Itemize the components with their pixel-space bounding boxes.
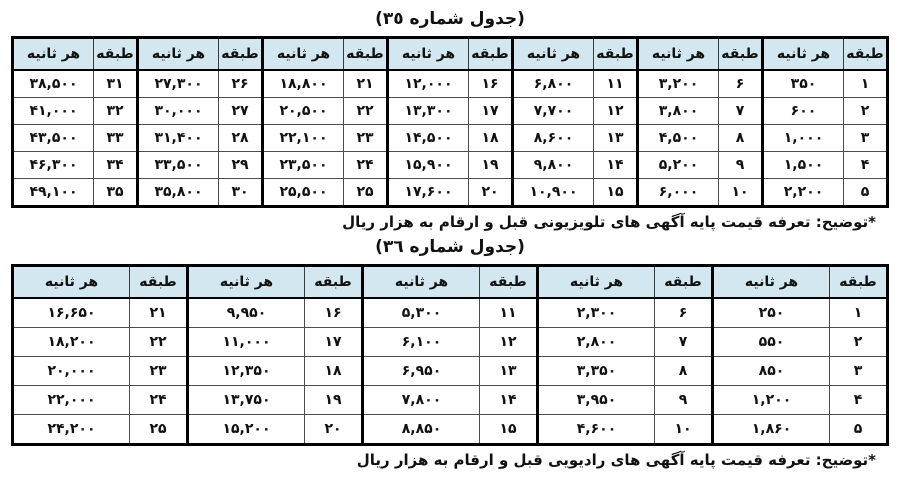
price-per-second-cell: ۴۳,۵۰۰ bbox=[13, 125, 94, 152]
class-cell: ۸ bbox=[719, 125, 763, 152]
class-cell: ۲۶ bbox=[219, 70, 263, 98]
class-cell: ۱۶ bbox=[469, 70, 513, 98]
price-per-second-cell: ۷,۷۰۰ bbox=[513, 98, 594, 125]
tv-tariff-table-35: طبقههر ثانیهطبقههر ثانیهطبقههر ثانیهطبقه… bbox=[11, 36, 889, 208]
price-per-second-cell: ۲۲,۱۰۰ bbox=[263, 125, 344, 152]
price-per-second-cell: ۸,۶۰۰ bbox=[513, 125, 594, 152]
price-per-second-cell: ۳۳,۵۰۰ bbox=[138, 152, 219, 179]
price-per-second-cell: ۱۳,۳۰۰ bbox=[388, 98, 469, 125]
price-per-second-cell: ۲۰,۰۰۰ bbox=[13, 357, 130, 386]
price-per-second-cell: ۲۳,۵۰۰ bbox=[263, 152, 344, 179]
price-per-second-cell: ۸۵۰ bbox=[713, 357, 830, 386]
price-per-second-cell: ۳۰,۰۰۰ bbox=[138, 98, 219, 125]
header-row: طبقههر ثانیهطبقههر ثانیهطبقههر ثانیهطبقه… bbox=[13, 266, 888, 299]
price-per-second-cell: ۱۳,۷۵۰ bbox=[188, 386, 305, 415]
table-36-footnote: *توضیح: تعرفه قیمت پایه آگهی های رادیویی… bbox=[0, 446, 900, 473]
class-cell: ۲۳ bbox=[130, 357, 188, 386]
per-second-column-header: هر ثانیه bbox=[638, 38, 719, 71]
class-cell: ۲۵ bbox=[130, 415, 188, 445]
price-per-second-cell: ۱۵,۹۰۰ bbox=[388, 152, 469, 179]
price-per-second-cell: ۱,۲۰۰ bbox=[713, 386, 830, 415]
price-per-second-cell: ۲,۸۰۰ bbox=[538, 328, 655, 357]
class-cell: ۱۷ bbox=[305, 328, 363, 357]
class-cell: ۱۳ bbox=[594, 125, 638, 152]
per-second-column-header: هر ثانیه bbox=[138, 38, 219, 71]
price-per-second-cell: ۳,۸۰۰ bbox=[638, 98, 719, 125]
price-per-second-cell: ۴۹,۱۰۰ bbox=[13, 179, 94, 207]
table-row: ۵۲,۲۰۰۱۰۶,۰۰۰۱۵۱۰,۹۰۰۲۰۱۷,۶۰۰۲۵۲۵,۵۰۰۳۰۳… bbox=[13, 179, 888, 207]
price-per-second-cell: ۲۵,۵۰۰ bbox=[263, 179, 344, 207]
table-row: ۱۳۵۰۶۳,۲۰۰۱۱۶,۸۰۰۱۶۱۲,۰۰۰۲۱۱۸,۸۰۰۲۶۲۷,۳۰… bbox=[13, 70, 888, 98]
class-column-header: طبقه bbox=[469, 38, 513, 71]
class-cell: ۲۹ bbox=[219, 152, 263, 179]
class-column-header: طبقه bbox=[130, 266, 188, 299]
document-page: (جدول شماره ٣٥) طبقههر ثانیهطبقههر ثانیه… bbox=[0, 0, 900, 473]
class-column-header: طبقه bbox=[305, 266, 363, 299]
per-second-column-header: هر ثانیه bbox=[538, 266, 655, 299]
per-second-column-header: هر ثانیه bbox=[263, 38, 344, 71]
class-cell: ۱۹ bbox=[305, 386, 363, 415]
price-per-second-cell: ۹,۹۵۰ bbox=[188, 298, 305, 328]
price-per-second-cell: ۳۵۰ bbox=[763, 70, 844, 98]
class-cell: ۲۱ bbox=[130, 298, 188, 328]
class-cell: ۲ bbox=[844, 98, 888, 125]
class-cell: ۳۴ bbox=[94, 152, 138, 179]
class-cell: ۲۲ bbox=[130, 328, 188, 357]
class-cell: ۲۷ bbox=[219, 98, 263, 125]
price-per-second-cell: ۶,۸۰۰ bbox=[513, 70, 594, 98]
class-cell: ۱ bbox=[830, 298, 888, 328]
class-cell: ۷ bbox=[655, 328, 713, 357]
class-cell: ۴ bbox=[844, 152, 888, 179]
price-per-second-cell: ۱۰,۹۰۰ bbox=[513, 179, 594, 207]
per-second-column-header: هر ثانیه bbox=[713, 266, 830, 299]
per-second-column-header: هر ثانیه bbox=[13, 38, 94, 71]
price-per-second-cell: ۵۵۰ bbox=[713, 328, 830, 357]
price-per-second-cell: ۲,۳۰۰ bbox=[538, 298, 655, 328]
class-cell: ۱۴ bbox=[594, 152, 638, 179]
per-second-column-header: هر ثانیه bbox=[388, 38, 469, 71]
price-per-second-cell: ۵,۳۰۰ bbox=[363, 298, 480, 328]
class-cell: ۳۲ bbox=[94, 98, 138, 125]
price-per-second-cell: ۱۸,۲۰۰ bbox=[13, 328, 130, 357]
class-column-header: طبقه bbox=[719, 38, 763, 71]
class-column-header: طبقه bbox=[94, 38, 138, 71]
price-per-second-cell: ۲۲,۰۰۰ bbox=[13, 386, 130, 415]
class-cell: ۶ bbox=[655, 298, 713, 328]
class-cell: ۱۴ bbox=[480, 386, 538, 415]
class-column-header: طبقه bbox=[344, 38, 388, 71]
class-cell: ۴ bbox=[830, 386, 888, 415]
table-row: ۲۶۰۰۷۳,۸۰۰۱۲۷,۷۰۰۱۷۱۳,۳۰۰۲۲۲۰,۵۰۰۲۷۳۰,۰۰… bbox=[13, 98, 888, 125]
class-cell: ۹ bbox=[655, 386, 713, 415]
price-per-second-cell: ۲,۲۰۰ bbox=[763, 179, 844, 207]
table-row: ۴۱,۲۰۰۹۳,۹۵۰۱۴۷,۸۰۰۱۹۱۳,۷۵۰۲۴۲۲,۰۰۰ bbox=[13, 386, 888, 415]
price-per-second-cell: ۱۴,۵۰۰ bbox=[388, 125, 469, 152]
class-cell: ۱۲ bbox=[480, 328, 538, 357]
class-cell: ۲۰ bbox=[469, 179, 513, 207]
per-second-column-header: هر ثانیه bbox=[188, 266, 305, 299]
table-36-title: (جدول شماره ٣٦) bbox=[0, 237, 900, 257]
price-per-second-cell: ۱۷,۶۰۰ bbox=[388, 179, 469, 207]
table-row: ۴۱,۵۰۰۹۵,۲۰۰۱۴۹,۸۰۰۱۹۱۵,۹۰۰۲۴۲۳,۵۰۰۲۹۳۳,… bbox=[13, 152, 888, 179]
price-per-second-cell: ۱۱,۰۰۰ bbox=[188, 328, 305, 357]
price-per-second-cell: ۴,۶۰۰ bbox=[538, 415, 655, 445]
price-per-second-cell: ۲۷,۳۰۰ bbox=[138, 70, 219, 98]
price-per-second-cell: ۹,۸۰۰ bbox=[513, 152, 594, 179]
table-row: ۱۲۵۰۶۲,۳۰۰۱۱۵,۳۰۰۱۶۹,۹۵۰۲۱۱۶,۶۵۰ bbox=[13, 298, 888, 328]
class-cell: ۱ bbox=[844, 70, 888, 98]
class-cell: ۲۴ bbox=[130, 386, 188, 415]
price-per-second-cell: ۲۰,۵۰۰ bbox=[263, 98, 344, 125]
price-per-second-cell: ۷,۸۰۰ bbox=[363, 386, 480, 415]
class-cell: ۱۵ bbox=[480, 415, 538, 445]
price-per-second-cell: ۱,۵۰۰ bbox=[763, 152, 844, 179]
class-cell: ۲ bbox=[830, 328, 888, 357]
class-cell: ۱۹ bbox=[469, 152, 513, 179]
class-cell: ۱۸ bbox=[469, 125, 513, 152]
class-cell: ۲۳ bbox=[344, 125, 388, 152]
class-cell: ۱۷ bbox=[469, 98, 513, 125]
class-column-header: طبقه bbox=[844, 38, 888, 71]
table-35-title: (جدول شماره ٣٥) bbox=[0, 9, 900, 29]
class-cell: ۵ bbox=[830, 415, 888, 445]
table-row: ۳۸۵۰۸۳,۳۵۰۱۳۶,۹۵۰۱۸۱۲,۳۵۰۲۳۲۰,۰۰۰ bbox=[13, 357, 888, 386]
header-row: طبقههر ثانیهطبقههر ثانیهطبقههر ثانیهطبقه… bbox=[13, 38, 888, 71]
class-cell: ۱۶ bbox=[305, 298, 363, 328]
price-per-second-cell: ۱,۰۰۰ bbox=[763, 125, 844, 152]
class-column-header: طبقه bbox=[655, 266, 713, 299]
price-per-second-cell: ۴,۵۰۰ bbox=[638, 125, 719, 152]
price-per-second-cell: ۱۵,۲۰۰ bbox=[188, 415, 305, 445]
class-cell: ۱۱ bbox=[594, 70, 638, 98]
price-per-second-cell: ۱۲,۳۵۰ bbox=[188, 357, 305, 386]
class-cell: ۳۱ bbox=[94, 70, 138, 98]
per-second-column-header: هر ثانیه bbox=[513, 38, 594, 71]
price-per-second-cell: ۶,۰۰۰ bbox=[638, 179, 719, 207]
class-cell: ۲۵ bbox=[344, 179, 388, 207]
price-per-second-cell: ۳۱,۴۰۰ bbox=[138, 125, 219, 152]
class-cell: ۱۸ bbox=[305, 357, 363, 386]
table-row: ۵۱,۸۶۰۱۰۴,۶۰۰۱۵۸,۸۵۰۲۰۱۵,۲۰۰۲۵۲۴,۲۰۰ bbox=[13, 415, 888, 445]
table-row: ۳۱,۰۰۰۸۴,۵۰۰۱۳۸,۶۰۰۱۸۱۴,۵۰۰۲۳۲۲,۱۰۰۲۸۳۱,… bbox=[13, 125, 888, 152]
class-cell: ۷ bbox=[719, 98, 763, 125]
class-column-header: طبقه bbox=[480, 266, 538, 299]
class-cell: ۶ bbox=[719, 70, 763, 98]
price-per-second-cell: ۳۸,۵۰۰ bbox=[13, 70, 94, 98]
price-per-second-cell: ۱۸,۸۰۰ bbox=[263, 70, 344, 98]
price-per-second-cell: ۴۱,۰۰۰ bbox=[13, 98, 94, 125]
price-per-second-cell: ۴۶,۳۰۰ bbox=[13, 152, 94, 179]
price-per-second-cell: ۵,۲۰۰ bbox=[638, 152, 719, 179]
price-per-second-cell: ۶۰۰ bbox=[763, 98, 844, 125]
class-cell: ۱۳ bbox=[480, 357, 538, 386]
class-cell: ۲۸ bbox=[219, 125, 263, 152]
class-cell: ۱۰ bbox=[655, 415, 713, 445]
class-column-header: طبقه bbox=[594, 38, 638, 71]
class-cell: ۲۴ bbox=[344, 152, 388, 179]
class-cell: ۳۳ bbox=[94, 125, 138, 152]
class-column-header: طبقه bbox=[830, 266, 888, 299]
class-cell: ۱۵ bbox=[594, 179, 638, 207]
class-cell: ۱۱ bbox=[480, 298, 538, 328]
price-per-second-cell: ۲۴,۲۰۰ bbox=[13, 415, 130, 445]
per-second-column-header: هر ثانیه bbox=[363, 266, 480, 299]
class-cell: ۱۲ bbox=[594, 98, 638, 125]
class-cell: ۳۵ bbox=[94, 179, 138, 207]
radio-tariff-table-36: طبقههر ثانیهطبقههر ثانیهطبقههر ثانیهطبقه… bbox=[11, 264, 889, 446]
class-cell: ۹ bbox=[719, 152, 763, 179]
price-per-second-cell: ۶,۱۰۰ bbox=[363, 328, 480, 357]
table-row: ۲۵۵۰۷۲,۸۰۰۱۲۶,۱۰۰۱۷۱۱,۰۰۰۲۲۱۸,۲۰۰ bbox=[13, 328, 888, 357]
class-cell: ۳ bbox=[830, 357, 888, 386]
class-cell: ۲۲ bbox=[344, 98, 388, 125]
class-cell: ۸ bbox=[655, 357, 713, 386]
price-per-second-cell: ۲۵۰ bbox=[713, 298, 830, 328]
price-per-second-cell: ۱۶,۶۵۰ bbox=[13, 298, 130, 328]
price-per-second-cell: ۳,۳۵۰ bbox=[538, 357, 655, 386]
price-per-second-cell: ۳,۲۰۰ bbox=[638, 70, 719, 98]
class-cell: ۳۰ bbox=[219, 179, 263, 207]
class-cell: ۱۰ bbox=[719, 179, 763, 207]
price-per-second-cell: ۳,۹۵۰ bbox=[538, 386, 655, 415]
class-cell: ۲۰ bbox=[305, 415, 363, 445]
price-per-second-cell: ۶,۹۵۰ bbox=[363, 357, 480, 386]
class-column-header: طبقه bbox=[219, 38, 263, 71]
table-35-footnote: *توضیح: تعرفه قیمت پایه آگهی های تلویزیو… bbox=[0, 208, 900, 235]
price-per-second-cell: ۳۵,۸۰۰ bbox=[138, 179, 219, 207]
price-per-second-cell: ۸,۸۵۰ bbox=[363, 415, 480, 445]
per-second-column-header: هر ثانیه bbox=[13, 266, 130, 299]
price-per-second-cell: ۱۲,۰۰۰ bbox=[388, 70, 469, 98]
price-per-second-cell: ۱,۸۶۰ bbox=[713, 415, 830, 445]
per-second-column-header: هر ثانیه bbox=[763, 38, 844, 71]
class-cell: ۳ bbox=[844, 125, 888, 152]
class-cell: ۲۱ bbox=[344, 70, 388, 98]
class-cell: ۵ bbox=[844, 179, 888, 207]
